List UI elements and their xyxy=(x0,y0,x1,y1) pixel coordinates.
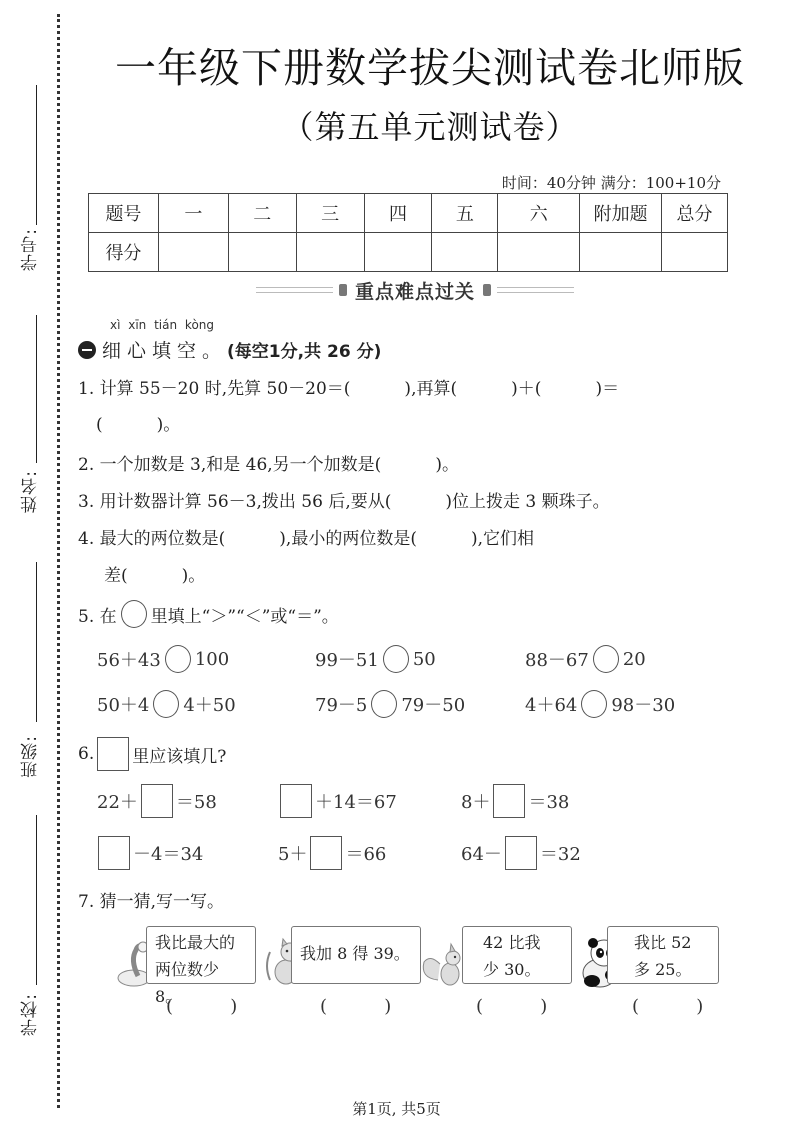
score-cell-1[interactable] xyxy=(158,233,228,272)
banner-ornament-left-icon xyxy=(339,284,347,296)
fill-box-item-3: 8＋＝38 xyxy=(461,784,569,818)
section-heading: 细心填空。 (每空1分,共 26 分) xyxy=(78,336,381,363)
compare-left: 4＋64 xyxy=(525,691,577,717)
banner-rule-right xyxy=(497,287,574,293)
expr-before: 22＋ xyxy=(97,788,138,814)
answer-box-input[interactable] xyxy=(280,784,312,818)
section-title: 细心填空。 xyxy=(102,336,227,363)
compare-circle-input[interactable] xyxy=(581,690,607,718)
compare-item-3: 88－6720 xyxy=(525,645,646,673)
fill-box-item-4: －4＝34 xyxy=(95,836,203,870)
expr-after: ＝66 xyxy=(345,840,386,866)
header-cell-1: 一 xyxy=(158,194,228,233)
section-banner: 重点难点过关 xyxy=(250,277,580,303)
compare-circle-input[interactable] xyxy=(593,645,619,673)
question-2: 2. 一个加数是 3,和是 46,另一个加数是( )。 xyxy=(78,450,459,475)
puzzle-answer-cat[interactable]: ( ) xyxy=(320,996,391,1017)
section-number-one-icon xyxy=(78,341,96,359)
puzzle-card-panda: 我比 52 多 25。 xyxy=(607,926,719,984)
compare-item-5: 79－579－50 xyxy=(315,690,465,718)
compare-circle-input[interactable] xyxy=(383,645,409,673)
header-cell-bonus: 附加题 xyxy=(580,194,662,233)
student-id-label: 学号: xyxy=(18,228,42,271)
fill-box-item-6: 64－＝32 xyxy=(461,836,581,870)
school-line[interactable] xyxy=(36,815,37,985)
compare-circle-input[interactable] xyxy=(371,690,397,718)
puzzle-text-line-1: 我加 8 得 39。 xyxy=(300,929,412,979)
header-cell-total: 总分 xyxy=(662,194,728,233)
class-line[interactable] xyxy=(36,562,37,722)
question-3: 3. 用计数器计算 56－3,拨出 56 后,要从( )位上拨走 3 颗珠子。 xyxy=(78,487,610,512)
compare-right: 98－30 xyxy=(611,691,675,717)
compare-left: 99－51 xyxy=(315,646,379,672)
score-table-header-row: 题号 一 二 三 四 五 六 附加题 总分 xyxy=(89,194,728,233)
score-table: 题号 一 二 三 四 五 六 附加题 总分 得分 xyxy=(88,193,728,272)
answer-box-input[interactable] xyxy=(493,784,525,818)
page-title: 一年级下册数学拔尖测试卷北师版 xyxy=(80,35,780,94)
header-cell-5: 五 xyxy=(432,194,498,233)
fill-box-item-5: 5＋＝66 xyxy=(278,836,386,870)
square-box-icon xyxy=(97,737,129,771)
banner-rule-left xyxy=(256,287,333,293)
question-4-line-1: 4. 最大的两位数是( ),最小的两位数是( ),它们相 xyxy=(78,524,534,549)
compare-item-2: 99－5150 xyxy=(315,645,436,673)
section-score-note: (每空1分,共 26 分) xyxy=(227,337,381,362)
puzzle-text-line-2: 多 25。 xyxy=(634,956,710,983)
compare-right: 50 xyxy=(413,649,436,670)
banner-ornament-right-icon xyxy=(483,284,491,296)
time-score-info: 时间：40分钟 满分：100+10分 xyxy=(502,172,721,193)
question-1-line-1: 1. 计算 55－20 时,先算 50－20＝( ),再算( )＋( )＝ xyxy=(78,374,619,399)
question-6: 6. 里应该填几? xyxy=(78,737,226,771)
banner-label: 重点难点过关 xyxy=(355,277,475,304)
score-cell-2[interactable] xyxy=(228,233,296,272)
header-cell-question-no: 题号 xyxy=(89,194,159,233)
puzzle-text-line-1: 我比最大的 xyxy=(155,929,247,956)
puzzle-text-line-2: 少 30。 xyxy=(483,956,563,983)
class-label: 班级: xyxy=(18,735,42,778)
compare-right: 4＋50 xyxy=(183,691,235,717)
expr-after: －4＝34 xyxy=(133,840,203,866)
page-subtitle: （第五单元测试卷） xyxy=(80,102,780,148)
question-7: 7. 猜一猜,写一写。 xyxy=(78,887,224,912)
compare-circle-input[interactable] xyxy=(165,645,191,673)
student-id-line[interactable] xyxy=(36,85,37,225)
puzzle-text-line-1: 我比 52 xyxy=(634,929,710,956)
question-6-prefix: 6. xyxy=(78,744,94,764)
compare-right: 79－50 xyxy=(401,691,465,717)
binding-dashed-line xyxy=(57,14,60,1108)
score-cell-4[interactable] xyxy=(364,233,432,272)
expr-after: ＝58 xyxy=(176,788,217,814)
puzzle-card-squirrel: 42 比我 少 30。 xyxy=(462,926,572,984)
question-5: 5. 在 里填上“＞”“＜”或“＝”。 xyxy=(78,600,339,628)
fill-box-item-1: 22＋＝58 xyxy=(97,784,217,818)
score-cell-3[interactable] xyxy=(296,233,364,272)
compare-circle-input[interactable] xyxy=(153,690,179,718)
question-4-line-2: 差( )。 xyxy=(104,561,205,586)
expr-before: 5＋ xyxy=(278,840,307,866)
puzzle-answer-squirrel[interactable]: ( ) xyxy=(476,996,547,1017)
squirrel-icon xyxy=(420,940,464,988)
question-5-suffix: 里填上“＞”“＜”或“＝”。 xyxy=(151,602,339,627)
expr-after: ＝38 xyxy=(528,788,569,814)
compare-item-4: 50＋44＋50 xyxy=(97,690,236,718)
question-1-line-2: ( )。 xyxy=(96,410,180,435)
puzzle-answer-goose[interactable]: ( ) xyxy=(166,996,237,1017)
section-pinyin: xì xīn tián kòng xyxy=(110,318,214,332)
compare-item-6: 4＋6498－30 xyxy=(525,690,675,718)
header-cell-4: 四 xyxy=(364,194,432,233)
compare-left: 88－67 xyxy=(525,646,589,672)
score-cell-5[interactable] xyxy=(432,233,498,272)
score-row-label: 得分 xyxy=(89,233,159,272)
question-6-suffix: 里应该填几? xyxy=(132,742,226,767)
student-name-label: 姓名: xyxy=(18,470,42,513)
school-label: 学校: xyxy=(18,993,42,1036)
answer-box-input[interactable] xyxy=(98,836,130,870)
compare-left: 50＋4 xyxy=(97,691,149,717)
student-name-line[interactable] xyxy=(36,315,37,463)
circle-icon xyxy=(121,600,147,628)
puzzle-card-goose: 我比最大的 两位数少 8。 xyxy=(146,926,256,984)
header-cell-3: 三 xyxy=(296,194,364,233)
compare-right: 20 xyxy=(623,649,646,670)
answer-box-input[interactable] xyxy=(141,784,173,818)
compare-item-1: 56＋43100 xyxy=(97,645,229,673)
fill-box-item-2: ＋14＝67 xyxy=(277,784,397,818)
score-table-score-row: 得分 xyxy=(89,233,728,272)
compare-left: 79－5 xyxy=(315,691,367,717)
expr-before: 64－ xyxy=(461,840,502,866)
expr-after: ＝32 xyxy=(540,840,581,866)
score-cell-bonus[interactable] xyxy=(580,233,662,272)
compare-right: 100 xyxy=(195,649,229,670)
puzzle-answer-panda[interactable]: ( ) xyxy=(632,996,703,1017)
expr-after: ＋14＝67 xyxy=(315,788,397,814)
score-cell-total[interactable] xyxy=(662,233,728,272)
score-cell-6[interactable] xyxy=(498,233,580,272)
answer-box-input[interactable] xyxy=(505,836,537,870)
puzzle-text-line-1: 42 比我 xyxy=(483,929,563,956)
header-cell-6: 六 xyxy=(498,194,580,233)
answer-box-input[interactable] xyxy=(310,836,342,870)
puzzle-card-cat: 我加 8 得 39。 xyxy=(291,926,421,984)
question-5-prefix: 5. 在 xyxy=(78,602,117,627)
page-footer: 第1页, 共5页 xyxy=(0,1098,793,1119)
compare-left: 56＋43 xyxy=(97,646,161,672)
header-cell-2: 二 xyxy=(228,194,296,233)
expr-before: 8＋ xyxy=(461,788,490,814)
